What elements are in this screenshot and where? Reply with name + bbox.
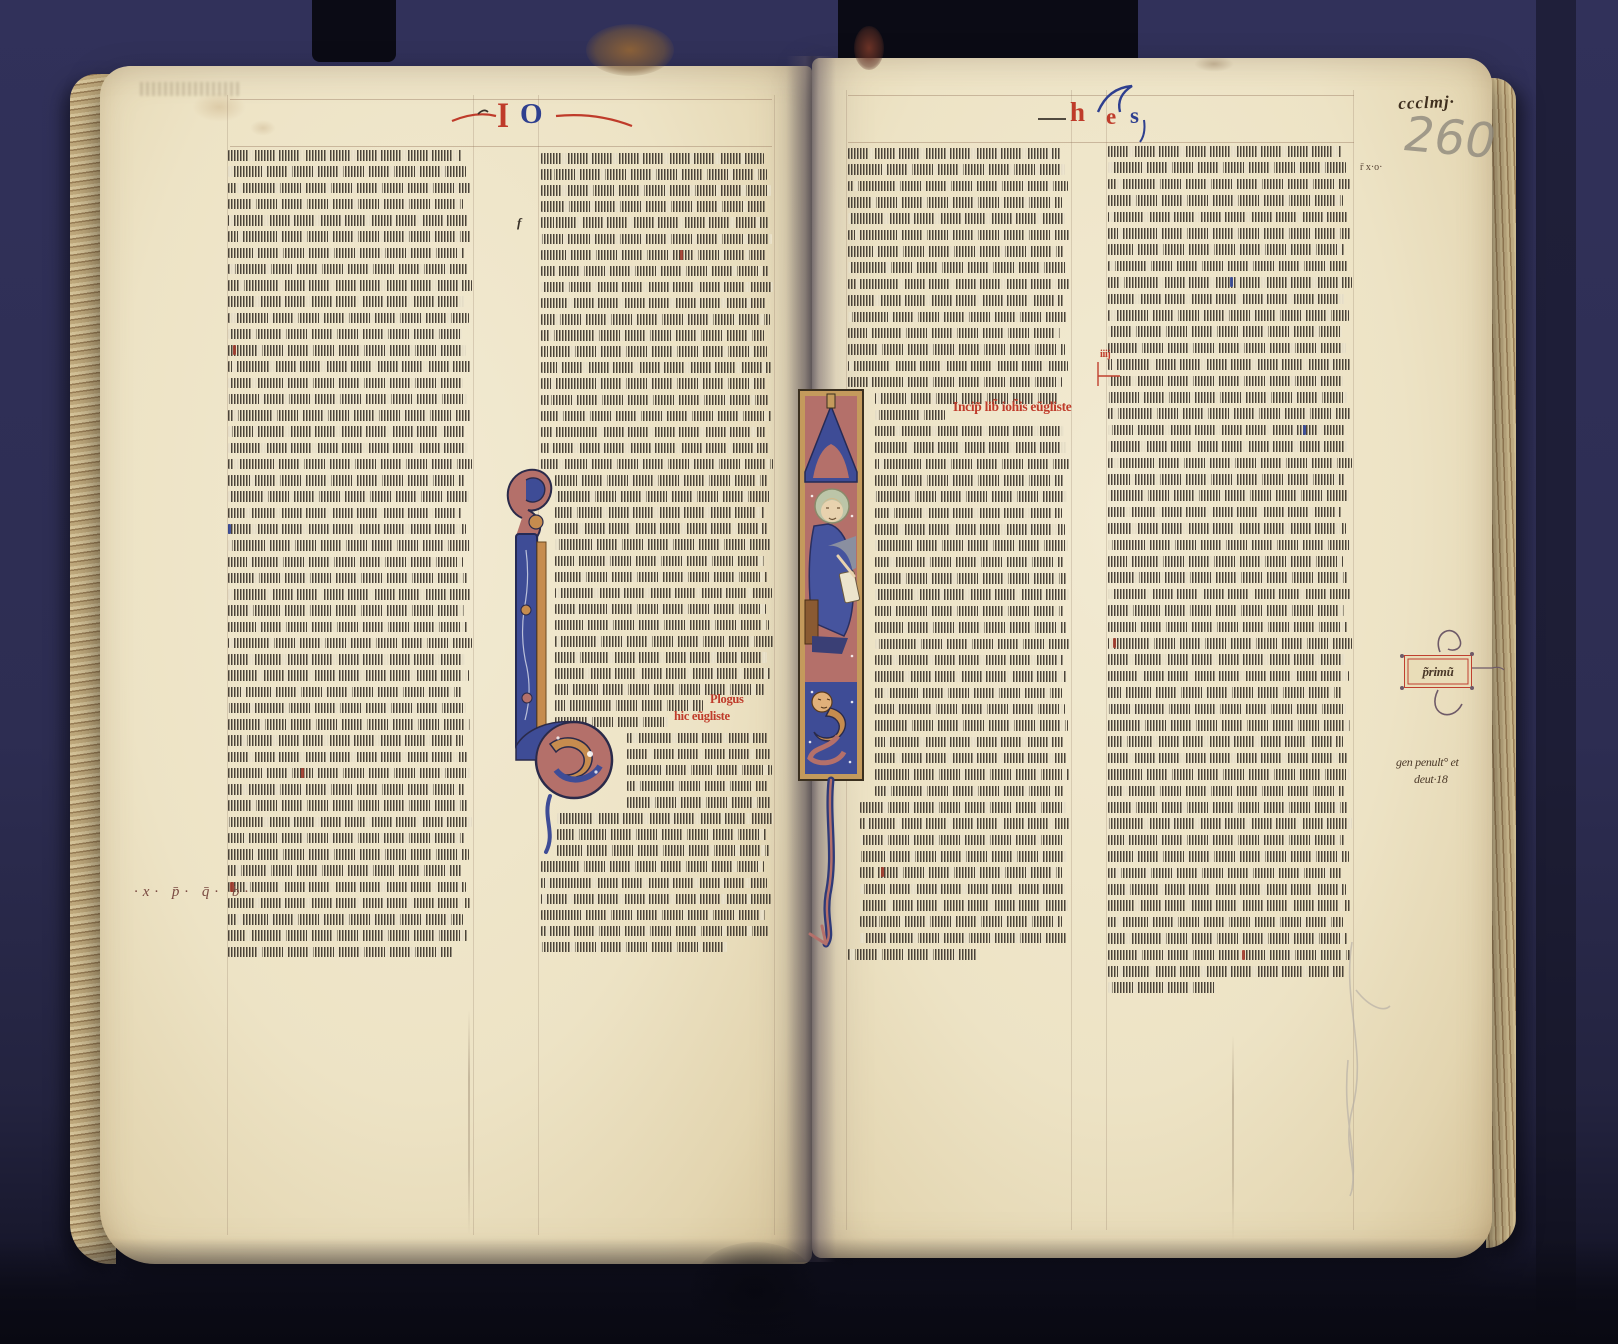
text-line <box>875 704 1065 715</box>
text-line <box>860 867 1062 878</box>
text-line <box>1108 212 1347 223</box>
running-head-letter-h: h <box>1070 97 1085 128</box>
text-line <box>1108 704 1346 715</box>
text-line <box>875 737 1063 748</box>
text-line <box>228 150 462 161</box>
text-line <box>1108 261 1348 272</box>
text-line <box>228 329 462 340</box>
text-line <box>875 671 1067 682</box>
text-line <box>228 475 465 486</box>
manuscript-photo: I O h e s ccclmj· 260 Plogus hic eũglist… <box>0 0 1618 1344</box>
text-line <box>1108 523 1346 534</box>
text-line <box>860 835 1064 846</box>
text-line <box>1108 474 1345 485</box>
text-line <box>228 540 470 551</box>
margin-crossref-2: deut·18 <box>1414 772 1448 787</box>
ruling-line <box>774 95 775 1235</box>
text-line <box>541 266 769 277</box>
text-line <box>228 622 468 633</box>
folio-pencil-number: 260 <box>1398 106 1502 169</box>
text-line <box>848 181 1068 192</box>
text-line <box>1108 654 1345 665</box>
text-line <box>848 230 1069 241</box>
text-line <box>848 328 1061 339</box>
text-line <box>848 361 1068 372</box>
ruling-line <box>473 95 474 1235</box>
text-line <box>875 475 1064 486</box>
page-crease <box>468 1010 470 1235</box>
text-line <box>228 508 462 519</box>
text-line <box>848 262 1066 273</box>
text-line <box>1108 950 1351 961</box>
text-line <box>541 314 770 325</box>
colored-capital-accent <box>233 345 236 355</box>
text-line <box>1108 294 1345 305</box>
text-line <box>228 833 465 844</box>
text-line <box>228 443 468 454</box>
text-line <box>627 749 770 760</box>
text-line <box>228 898 470 909</box>
text-line <box>875 557 1063 568</box>
text-line <box>875 769 1069 780</box>
left-page <box>100 66 812 1264</box>
text-line <box>228 654 465 665</box>
text-line <box>228 248 464 259</box>
text-line <box>228 361 470 372</box>
text-line <box>228 345 466 356</box>
text-line <box>541 282 773 293</box>
text-line <box>848 213 1065 224</box>
text-line <box>228 166 466 177</box>
text-line <box>541 250 766 261</box>
ruling-line <box>1071 90 1072 1230</box>
colored-capital-accent <box>228 524 231 534</box>
text-line <box>541 330 764 341</box>
illuminated-initial-h <box>492 460 622 868</box>
text-line <box>1108 736 1343 747</box>
text-line <box>541 427 766 438</box>
text-line <box>228 687 462 698</box>
ruling-line <box>1106 90 1107 1230</box>
text-line <box>1108 884 1346 895</box>
foxing-spot <box>250 120 276 136</box>
rubric-prologue-title: hic eũgliste <box>674 709 730 724</box>
text-line <box>1108 966 1344 977</box>
text-line <box>860 802 1066 813</box>
text-line <box>1108 851 1349 862</box>
margin-chapter-mark: iiij <box>1100 349 1110 360</box>
text-line <box>1108 818 1352 829</box>
text-line <box>627 765 772 776</box>
text-line <box>875 622 1067 633</box>
text-line <box>1108 572 1347 583</box>
text-line <box>860 884 1065 895</box>
text-line <box>1108 720 1350 731</box>
text-line <box>228 264 468 275</box>
text-line <box>1108 425 1344 436</box>
text-line <box>1108 769 1351 780</box>
colored-capital-accent <box>1242 950 1245 960</box>
text-line <box>228 313 469 324</box>
text-line <box>860 900 1068 911</box>
colored-capital-accent <box>680 250 683 260</box>
text-line <box>1108 310 1349 321</box>
text-line <box>875 720 1068 731</box>
rubric-prologue-label: Plogus <box>710 692 744 707</box>
text-line <box>848 148 1061 159</box>
text-line <box>1108 490 1349 501</box>
text-line <box>1108 376 1343 387</box>
text-line <box>1108 458 1352 469</box>
text-line <box>541 378 765 389</box>
text-line <box>1108 868 1342 879</box>
rubric-gospel-incipit: Incip̃ lib̃ ioh̃is eũgliste <box>953 399 1071 415</box>
text-line <box>1108 441 1348 452</box>
text-line <box>228 491 469 502</box>
spine-headband <box>854 26 884 70</box>
page-crease <box>1232 1035 1234 1240</box>
text-line <box>228 589 471 600</box>
text-line <box>875 589 1069 600</box>
text-line <box>875 442 1067 453</box>
ruling-line <box>230 146 772 147</box>
text-line <box>541 346 767 357</box>
evangelist-initial-i <box>798 386 868 956</box>
running-head-letter-I: I <box>497 95 509 136</box>
text-line <box>541 185 771 196</box>
text-line <box>848 246 1063 257</box>
text-line <box>875 688 1062 699</box>
text-line <box>541 234 772 245</box>
text-line <box>627 733 768 744</box>
text-line <box>228 849 469 860</box>
text-line <box>228 865 462 876</box>
colored-capital-accent <box>1230 277 1233 287</box>
text-line <box>541 926 768 937</box>
text-line <box>848 312 1067 323</box>
text-line <box>1108 933 1347 944</box>
text-line <box>228 183 470 194</box>
text-line <box>1108 605 1344 616</box>
text-line <box>228 459 472 470</box>
text-line <box>875 606 1064 617</box>
text-line <box>875 508 1062 519</box>
text-line <box>541 910 765 921</box>
text-line <box>541 411 772 422</box>
margin-letter-f: f <box>517 215 521 231</box>
text-line <box>875 410 945 421</box>
text-line <box>875 753 1066 764</box>
text-line <box>848 295 1064 306</box>
erased-inscription <box>140 82 240 96</box>
text-line <box>228 426 464 437</box>
text-line <box>875 459 1070 470</box>
text-line <box>1108 343 1346 354</box>
running-head-letter-O: O <box>520 98 542 131</box>
text-line <box>860 818 1070 829</box>
text-line <box>541 153 764 164</box>
text-line <box>1108 359 1350 370</box>
margin-corner-note: r̄ x·o· <box>1360 162 1383 173</box>
text-line <box>541 298 766 309</box>
text-line <box>848 197 1062 208</box>
text-line <box>541 169 767 180</box>
text-line <box>848 279 1070 290</box>
margin-primum-label: p̃rimũ <box>1422 664 1453 680</box>
text-line <box>228 784 464 795</box>
text-line <box>860 851 1067 862</box>
text-line <box>1108 917 1343 928</box>
text-line <box>541 443 769 454</box>
text-line <box>1108 900 1350 911</box>
spine-tail-shadow <box>690 1242 820 1342</box>
ruling-line <box>1353 90 1354 1230</box>
text-line <box>228 882 466 893</box>
text-line <box>541 362 771 373</box>
text-line <box>860 916 1062 927</box>
text-line <box>1108 507 1342 518</box>
text-line <box>1108 786 1344 797</box>
text-line <box>541 878 767 889</box>
text-line <box>1108 195 1343 206</box>
text-line <box>1108 671 1349 682</box>
text-line <box>1108 244 1344 255</box>
text-line <box>228 703 466 714</box>
text-line <box>228 573 467 584</box>
text-line <box>875 639 1070 650</box>
running-head-letter-e: e <box>1106 104 1116 130</box>
colored-capital-accent <box>1303 425 1306 435</box>
text-line <box>541 201 765 212</box>
text-line <box>1108 556 1343 567</box>
margin-primum-box: p̃rimũ <box>1404 655 1472 688</box>
text-line <box>228 524 466 535</box>
running-head-letter-s: s <box>1130 103 1139 129</box>
text-line <box>541 217 768 228</box>
text-line <box>875 524 1065 535</box>
text-line <box>1108 228 1351 239</box>
text-line <box>541 942 727 953</box>
margin-quire-mark: ·x· p̄· q̄· b· <box>134 884 253 901</box>
foxing-spot <box>192 92 246 122</box>
text-line <box>875 540 1068 551</box>
text-line <box>875 655 1064 666</box>
text-line <box>228 638 472 649</box>
text-line <box>228 914 463 925</box>
text-line <box>848 164 1065 175</box>
text-line <box>228 199 463 210</box>
text-line <box>228 930 467 941</box>
text-line <box>228 410 471 421</box>
text-line <box>228 768 471 779</box>
colored-capital-accent <box>1113 638 1116 648</box>
margin-crossref-1: gen penult° et <box>1396 755 1459 770</box>
text-line <box>1108 982 1215 993</box>
text-line <box>875 786 1064 797</box>
text-line <box>1108 835 1345 846</box>
backdrop-stain <box>586 24 674 76</box>
text-line <box>1108 687 1342 698</box>
ruling-line <box>848 142 1354 143</box>
text-line <box>228 557 463 568</box>
text-line <box>1108 392 1347 403</box>
text-line <box>228 670 469 681</box>
colored-capital-accent <box>881 867 884 877</box>
text-line <box>228 280 472 291</box>
foxing-spot <box>1194 56 1234 72</box>
text-line <box>1108 589 1351 600</box>
text-line <box>1108 162 1346 173</box>
text-line <box>228 735 463 746</box>
text-line <box>228 231 471 242</box>
text-line <box>1108 622 1348 633</box>
text-line <box>228 800 468 811</box>
text-line <box>541 894 771 905</box>
text-line <box>228 215 467 226</box>
text-line <box>1108 146 1342 157</box>
text-line <box>627 781 768 792</box>
text-line <box>228 378 463 389</box>
text-line <box>1108 179 1350 190</box>
text-line <box>1108 408 1351 419</box>
text-line <box>875 573 1066 584</box>
text-line <box>848 377 1062 388</box>
text-line <box>228 947 452 958</box>
ruling-line <box>848 95 1354 96</box>
text-line <box>848 344 1065 355</box>
backdrop-shadow-band <box>1536 0 1576 1344</box>
text-line <box>541 395 768 406</box>
text-line <box>228 752 467 763</box>
text-line <box>228 817 472 828</box>
text-line <box>1108 326 1342 337</box>
backdrop-shadow-band <box>312 0 396 62</box>
text-line <box>875 491 1067 502</box>
text-line <box>228 296 465 307</box>
text-line <box>228 394 467 405</box>
text-line <box>228 605 464 616</box>
colored-capital-accent <box>301 768 304 778</box>
text-line <box>627 797 771 808</box>
text-line <box>860 933 1066 944</box>
text-line <box>228 719 470 730</box>
text-line <box>1108 638 1352 649</box>
text-line <box>1108 753 1347 764</box>
text-line <box>1108 540 1350 551</box>
text-line <box>875 426 1064 437</box>
text-line <box>1108 802 1348 813</box>
